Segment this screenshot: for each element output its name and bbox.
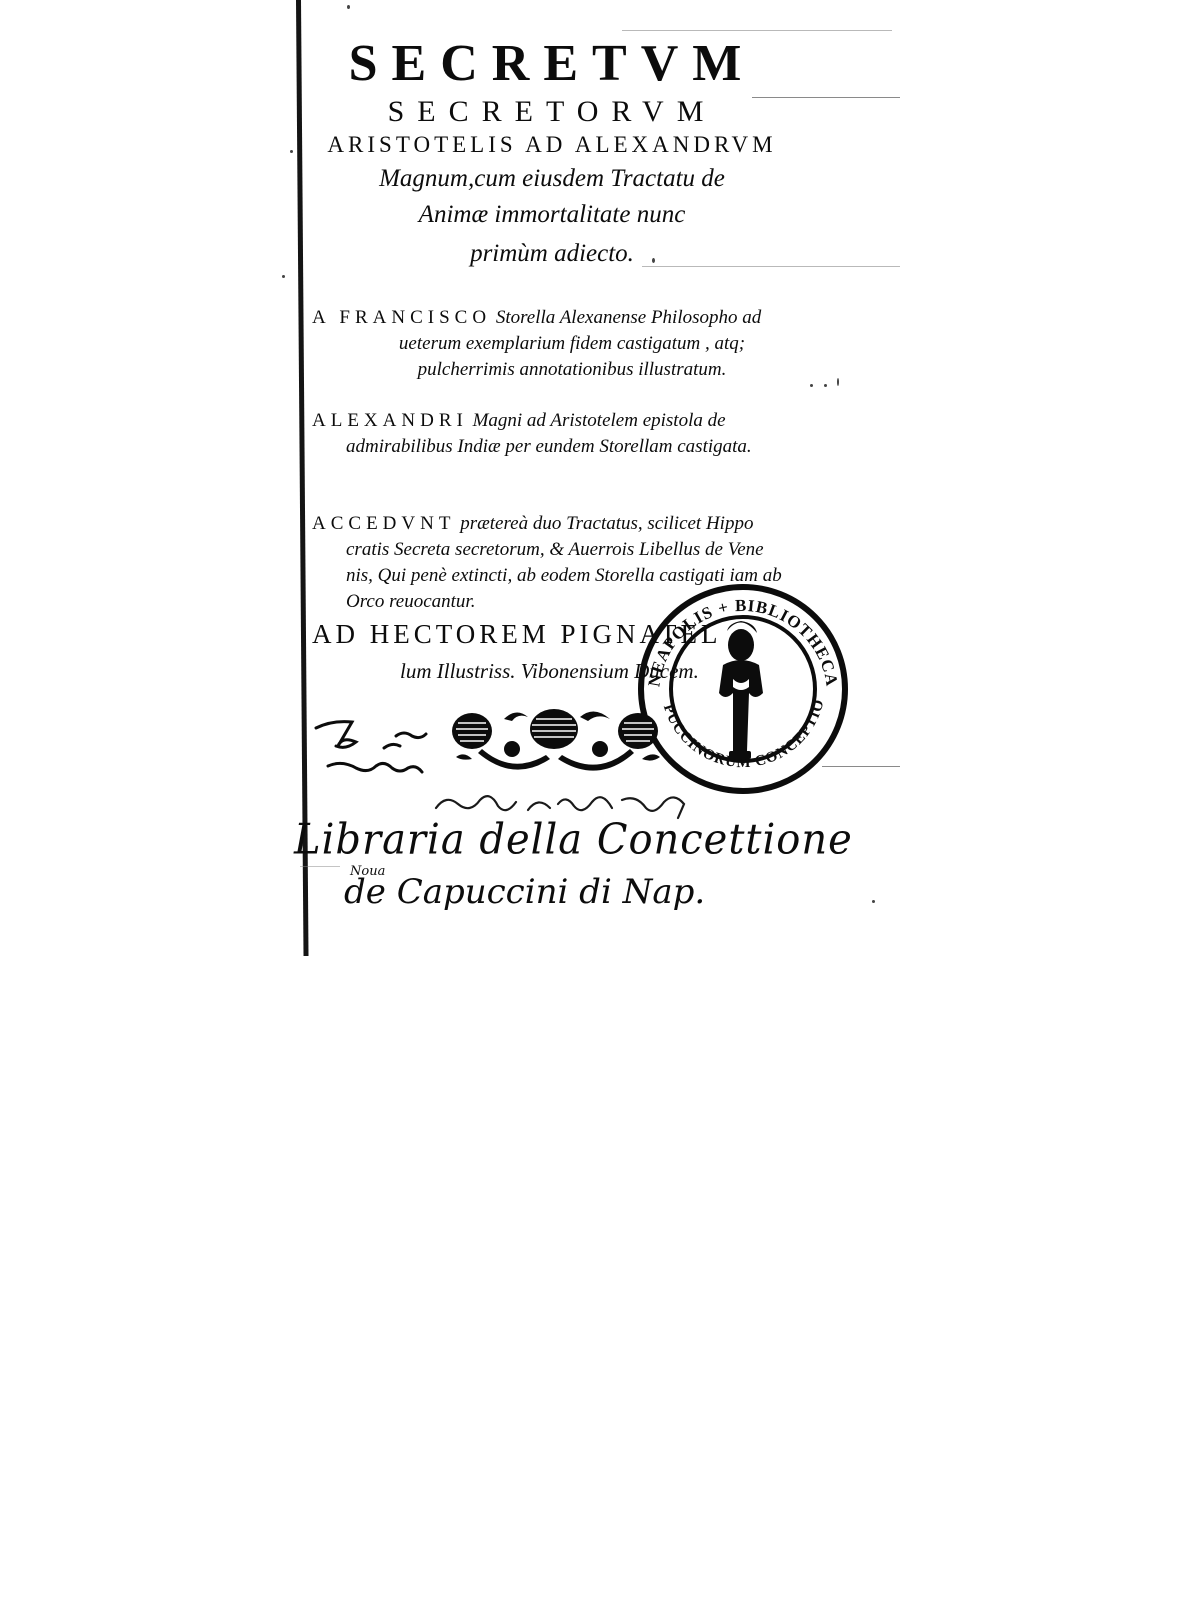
paper-speck xyxy=(282,275,285,278)
paragraph-line: Storella Alexanense Philosopho ad xyxy=(491,307,761,328)
paper-speck xyxy=(824,384,827,387)
paragraph-caps: ALEXANDRI xyxy=(312,410,468,431)
paragraph-line: pulcherrimis annotationibus illustratum. xyxy=(312,357,832,383)
title-author-line: ARISTOTELIS AD ALEXANDRVM xyxy=(292,130,812,160)
title-subtitle-2: Animæ immortalitate nunc xyxy=(292,198,812,232)
paragraph-francisco: A FRANCISCO Storella Alexanense Philosop… xyxy=(312,305,832,383)
pen-flourish-icon xyxy=(312,710,442,790)
scan-rule xyxy=(300,866,340,867)
printer-ornament-icon xyxy=(442,705,672,773)
title-subtitle-3: primùm adiecto. xyxy=(292,237,812,271)
paragraph-alexandri: ALEXANDRI Magni ad Aristotelem epistola … xyxy=(312,408,832,460)
paragraph-caps: ACCEDVNT xyxy=(312,513,455,534)
paper-speck xyxy=(810,384,813,387)
paragraph-line: ueterum exemplarium fidem castigatum , a… xyxy=(312,331,832,357)
paragraph-line: cratis Secreta secretorum, & Auerrois Li… xyxy=(312,537,832,563)
title-subtitle-1: Magnum,cum eiusdem Tractatu de xyxy=(292,162,812,196)
scan-rule xyxy=(622,30,892,31)
paragraph-line: prætereà duo Tractatus, scilicet Hippo xyxy=(455,513,753,534)
paper-speck xyxy=(872,900,875,903)
paper-speck xyxy=(837,378,839,386)
title-secondary: SECRETORVM xyxy=(292,94,812,130)
scanned-page: SECRETVM SECRETORVM ARISTOTELIS AD ALEXA… xyxy=(282,0,900,956)
paragraph-line: admirabilibus Indiæ per eundem Storellam… xyxy=(312,434,832,460)
handwritten-ownership-line-2: de Capuccini di Nap. xyxy=(344,870,705,914)
handwritten-ownership-line-1: Libraria della Concettione xyxy=(294,815,853,865)
paragraph-line: Magni ad Aristotelem epistola de xyxy=(468,410,726,431)
paper-speck xyxy=(347,5,350,9)
title-main: SECRETVM xyxy=(292,34,812,94)
paragraph-caps: A FRANCISCO xyxy=(312,307,491,328)
